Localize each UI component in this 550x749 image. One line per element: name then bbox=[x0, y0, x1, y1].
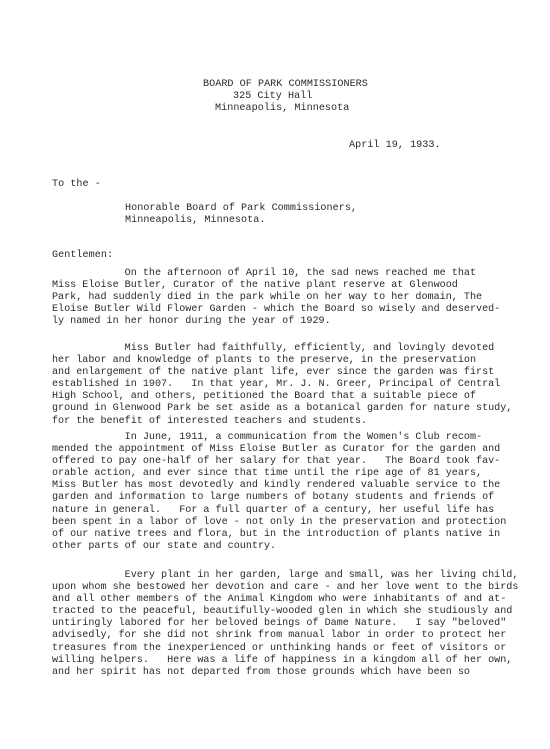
paragraph-line: Eloise Butler Wild Flower Garden - which… bbox=[52, 304, 542, 316]
paragraph-line: tracted to the peaceful, beautifully-woo… bbox=[52, 606, 542, 618]
letter-page: BOARD OF PARK COMMISSIONERS 325 City Hal… bbox=[0, 0, 550, 749]
letterhead-address: 325 City Hall bbox=[233, 91, 312, 103]
paragraph-line: and all other members of the Animal King… bbox=[52, 594, 542, 606]
paragraph-line: other parts of our state and country. bbox=[52, 541, 542, 553]
paragraph-line: ground in Glenwood Park be set aside as … bbox=[52, 403, 542, 415]
paragraph-line: Park, had suddenly died in the park whil… bbox=[52, 292, 542, 304]
paragraph-line: upon whom she bestowed her devotion and … bbox=[52, 582, 542, 594]
paragraph-line: orable action, and ever since that time … bbox=[52, 468, 542, 480]
paragraph-line: Miss Eloise Butler, Curator of the nativ… bbox=[52, 280, 542, 292]
letterhead-organization: BOARD OF PARK COMMISSIONERS bbox=[203, 79, 368, 91]
paragraph-line: and enlargement of the native plant life… bbox=[52, 367, 542, 379]
paragraph-line: offered to pay one-half of her salary fo… bbox=[52, 456, 542, 468]
recipient-line: Minneapolis, Minnesota. bbox=[125, 215, 265, 227]
letterhead-city: Minneapolis, Minnesota bbox=[215, 103, 349, 115]
recipient-line: Honorable Board of Park Commissioners, bbox=[125, 203, 357, 215]
paragraph-line: advisedly, for she did not shrink from m… bbox=[52, 630, 542, 642]
paragraph: In June, 1911, a communication from the … bbox=[52, 432, 542, 553]
paragraph-line: Every plant in her garden, large and sma… bbox=[52, 570, 542, 582]
recipient-intro: To the - bbox=[52, 179, 101, 191]
paragraph-line: of our native trees and flora, but in th… bbox=[52, 529, 542, 541]
paragraph-line: High School, and others, petitioned the … bbox=[52, 391, 542, 403]
paragraph-line: treasures from the inexperienced or unth… bbox=[52, 643, 542, 655]
paragraph-line: Miss Butler had faithfully, efficiently,… bbox=[52, 343, 542, 355]
paragraph-line: ly named in her honor during the year of… bbox=[52, 316, 542, 328]
letter-date: April 19, 1933. bbox=[349, 140, 441, 152]
paragraph-line: On the afternoon of April 10, the sad ne… bbox=[52, 268, 542, 280]
paragraph: Every plant in her garden, large and sma… bbox=[52, 570, 542, 679]
paragraph-line: and her spirit has not departed from tho… bbox=[52, 667, 542, 679]
paragraph-line: garden and information to large numbers … bbox=[52, 492, 542, 504]
salutation: Gentlemen: bbox=[52, 250, 113, 262]
paragraph: On the afternoon of April 10, the sad ne… bbox=[52, 268, 542, 328]
paragraph-line: In June, 1911, a communication from the … bbox=[52, 432, 542, 444]
paragraph-line: for the benefit of interested teachers a… bbox=[52, 416, 542, 428]
paragraph-line: nature in general. For a full quarter of… bbox=[52, 505, 542, 517]
paragraph-line: mended the appointment of Miss Eloise Bu… bbox=[52, 444, 542, 456]
paragraph-line: established in 1907. In that year, Mr. J… bbox=[52, 379, 542, 391]
paragraph-line: been spent in a labor of love - not only… bbox=[52, 517, 542, 529]
paragraph-line: untiringly labored for her beloved being… bbox=[52, 618, 542, 630]
paragraph-line: her labor and knowledge of plants to the… bbox=[52, 355, 542, 367]
paragraph: Miss Butler had faithfully, efficiently,… bbox=[52, 343, 542, 428]
paragraph-line: Miss Butler has most devotedly and kindl… bbox=[52, 480, 542, 492]
paragraph-line: willing helpers. Here was a life of happ… bbox=[52, 655, 542, 667]
